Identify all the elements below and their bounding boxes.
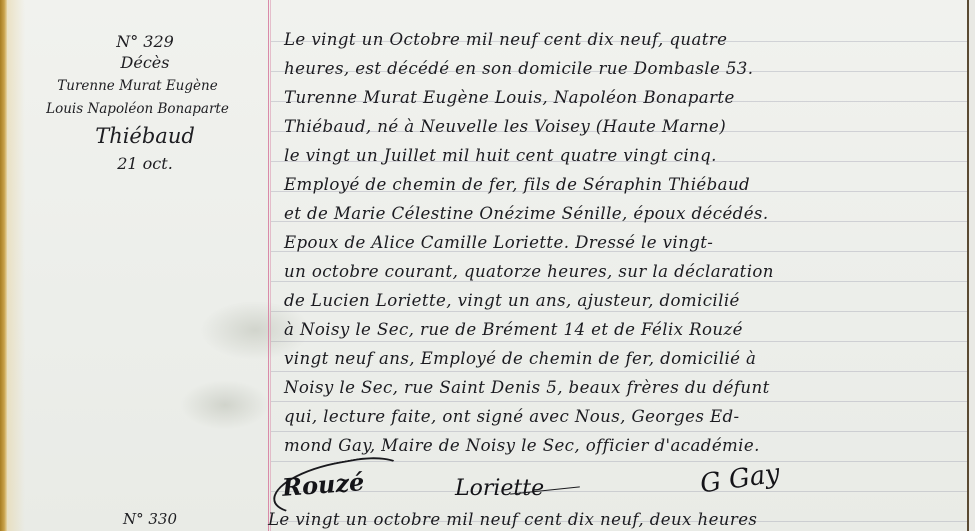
body-line: Thiébaud, né à Neuvelle les Voisey (Haut… (284, 117, 726, 136)
margin-rule (268, 0, 269, 531)
body-line: Epoux de Alice Camille Loriette. Dressé … (284, 233, 713, 252)
entry-number: N° 329 (60, 34, 230, 50)
body-line: qui, lecture faite, ont signé avec Nous,… (284, 407, 740, 426)
body-line: et de Marie Célestine Onézime Sénille, é… (284, 204, 769, 223)
register-page: N° 329 Décès Turenne Murat Eugène Louis … (0, 0, 975, 531)
margin-name-line-1: Turenne Murat Eugène (10, 80, 265, 94)
body-line: heures, est décédé en son domicile rue D… (284, 59, 753, 78)
margin-name-line-2: Louis Napoléon Bonaparte (10, 103, 265, 117)
body-line: un octobre courant, quatorze heures, sur… (284, 262, 774, 281)
margin-surname: Thiébaud (60, 126, 230, 147)
next-entry-number: N° 330 (90, 512, 210, 527)
body-line: Le vingt un Octobre mil neuf cent dix ne… (284, 30, 727, 49)
body-line: Noisy le Sec, rue Saint Denis 5, beaux f… (284, 378, 770, 397)
body-line: vingt neuf ans, Employé de chemin de fer… (284, 349, 756, 368)
body-line: Employé de chemin de fer, fils de Séraph… (284, 175, 750, 194)
body-line: mond Gay, Maire de Noisy le Sec, officie… (284, 436, 760, 455)
body-line: le vingt un Juillet mil huit cent quatre… (284, 146, 717, 165)
margin-rule-secondary (270, 0, 271, 531)
signature-rouze: Rouzé (281, 467, 365, 502)
body-line: de Lucien Loriette, vingt un ans, ajuste… (284, 291, 740, 310)
entry-type: Décès (60, 55, 230, 71)
book-binding (0, 0, 7, 531)
paper-smudge (180, 380, 270, 430)
margin-date: 21 oct. (60, 156, 230, 172)
body-line: à Noisy le Sec, rue de Brément 14 et de … (284, 320, 743, 339)
signature-loriette: Loriette (455, 476, 544, 501)
next-entry-text: Le vingt un octobre mil neuf cent dix ne… (268, 510, 757, 529)
body-line: Turenne Murat Eugène Louis, Napoléon Bon… (284, 88, 735, 107)
page-edge (969, 0, 975, 531)
